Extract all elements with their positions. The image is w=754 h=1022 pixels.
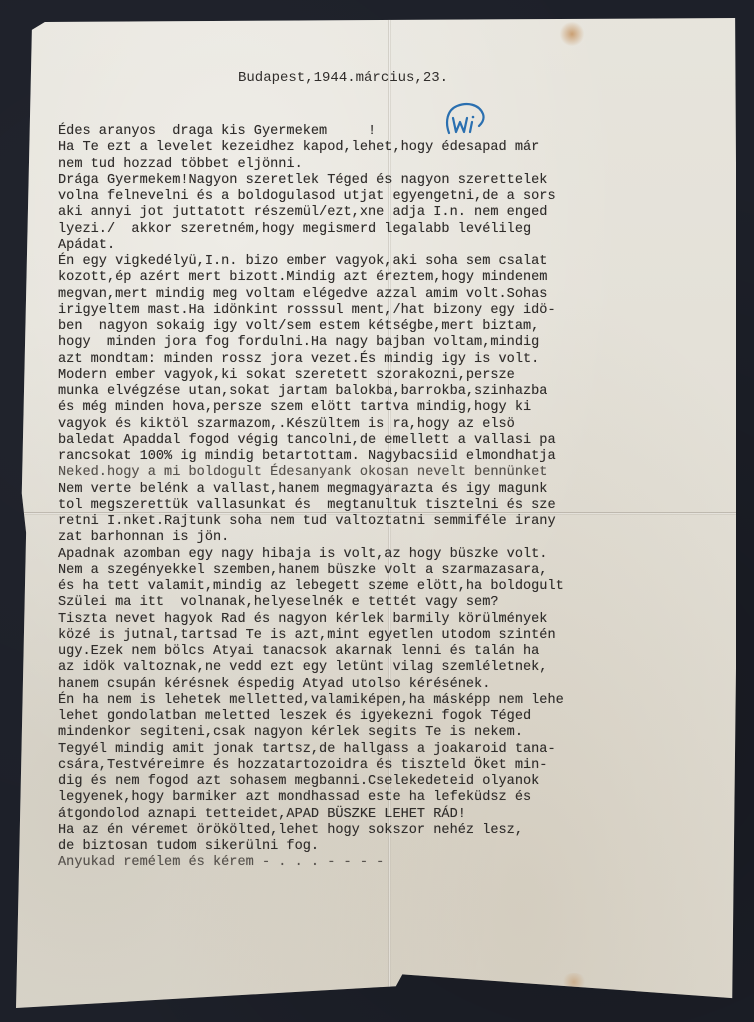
letter-line: irigyeltem mast.Ha idönkint rosssul ment… [58,303,736,319]
letter-line: Modern ember vagyok,ki sokat szeretett s… [58,368,736,384]
rust-stain-bottom [561,973,587,991]
rust-stain-top [559,22,585,46]
letter-line: nem tud hozzad többet eljönni. [58,157,736,173]
letter-line: Ha az én véremet örökölted,lehet hogy so… [58,823,736,839]
letter-line: Édes aranyos draga kis Gyermekem ! [58,124,736,140]
letter-line: ben nagyon sokaig igy volt/sem estem két… [58,319,736,335]
letter-line: aki annyi jot juttatott részemül/ezt,xne… [58,205,736,221]
letter-line: de biztosan tudom sikerülni fog. [58,839,736,855]
letter-line: Szülei ma itt volnanak,helyeselnék e tet… [58,595,736,611]
letter-line: lehet gondolatban meletted leszek és igy… [58,709,736,725]
letter-line: Nem a szegényekkel szemben,hanem büszke … [58,563,736,579]
letter-line: közé is jutnal,tartsad Te is azt,mint eg… [58,628,736,644]
letter-line: Anyukad remélem és kérem - . . . - - - - [58,855,736,871]
letter-line: Én egy vigkedélyü,I.n. bizo ember vagyok… [58,254,736,270]
photo-frame: Budapest,1944.március,23. Édes aranyos d… [0,0,736,1022]
letter-line: hanem csupán kérésnek éspedig Atyad utol… [58,677,736,693]
letter-line: volna felnevelni és a boldogulasod utjat… [58,189,736,205]
letter-line: ugy.Ezek nem bölcs Atyai tanacsok akarna… [58,644,736,660]
letter-line: az idök valtoznak,ne vedd ezt egy letünt… [58,660,736,676]
letter-line: Apádat. [58,238,736,254]
letter-line: Apadnak azomban egy nagy hibaja is volt,… [58,547,736,563]
letter-line: munka elvégzése utan,sokat jartam balokb… [58,384,736,400]
letter-line: lyezi./ akkor szeretném,hogy megismerd l… [58,222,736,238]
letter-line: Tegyél mindig amit jonak tartsz,de hallg… [58,742,736,758]
letter-line: baledat Apaddal fogod végig tancolni,de … [58,433,736,449]
letter-line: megvan,mert mindig meg voltam elégedve a… [58,287,736,303]
letter-line: kozott,ép azért mert bizott.Mindig azt é… [58,270,736,286]
letter-line: vagyok és kiktöl szarmazom,.Készültem is… [58,417,736,433]
letter-line: és még minden hova,persze szem elött tar… [58,400,736,416]
letter-line: átgondolod aznapi tetteidet,APAD BÜSZKE … [58,807,736,823]
date-line: Budapest,1944.március,23. [238,70,448,86]
letter-line: rancsokat 100% ig mindig betartottam. Na… [58,449,736,465]
letter-body: Édes aranyos draga kis Gyermekem ! Ha Te… [58,124,736,872]
letter-line: retni I.nket.Rajtunk soha nem tud valtoz… [58,514,736,530]
letter-line: Ha Te ezt a levelet kezeidhez kapod,lehe… [58,140,736,156]
letter-line: Neked.hogy a mi boldogult Édesanyank oko… [58,465,736,481]
letter-line: Drága Gyermekem!Nagyon szeretlek Téged é… [58,173,736,189]
letter-line: Tiszta nevet hagyok Rad és nagyon kérlek… [58,612,736,628]
letter-line: Én ha nem is lehetek melletted,valamikép… [58,693,736,709]
letter-line: mindenkor segiteni,csak nagyon kérlek se… [58,725,736,741]
letter-line: azt mondtam: minden rossz jora vezet.És … [58,352,736,368]
letter-line: tol megszerettük vallasunkat és megtanul… [58,498,736,514]
letter-line: dig és nem fogod azt sohasem megbanni.Cs… [58,774,736,790]
letter-line: és ha tett valamit,mindig az lebegett sz… [58,579,736,595]
letter-line: legyenek,hogy barmiker azt mondhassad es… [58,790,736,806]
letter-line: zat barhonnan is jön. [58,530,736,546]
letter-line: Nem verte belénk a vallast,hanem megmagy… [58,482,736,498]
letter-line: csára,Testvéreimre és hozzatartozoidra é… [58,758,736,774]
letter-line: hogy minden jora fog fordulni.Ha nagy ba… [58,335,736,351]
